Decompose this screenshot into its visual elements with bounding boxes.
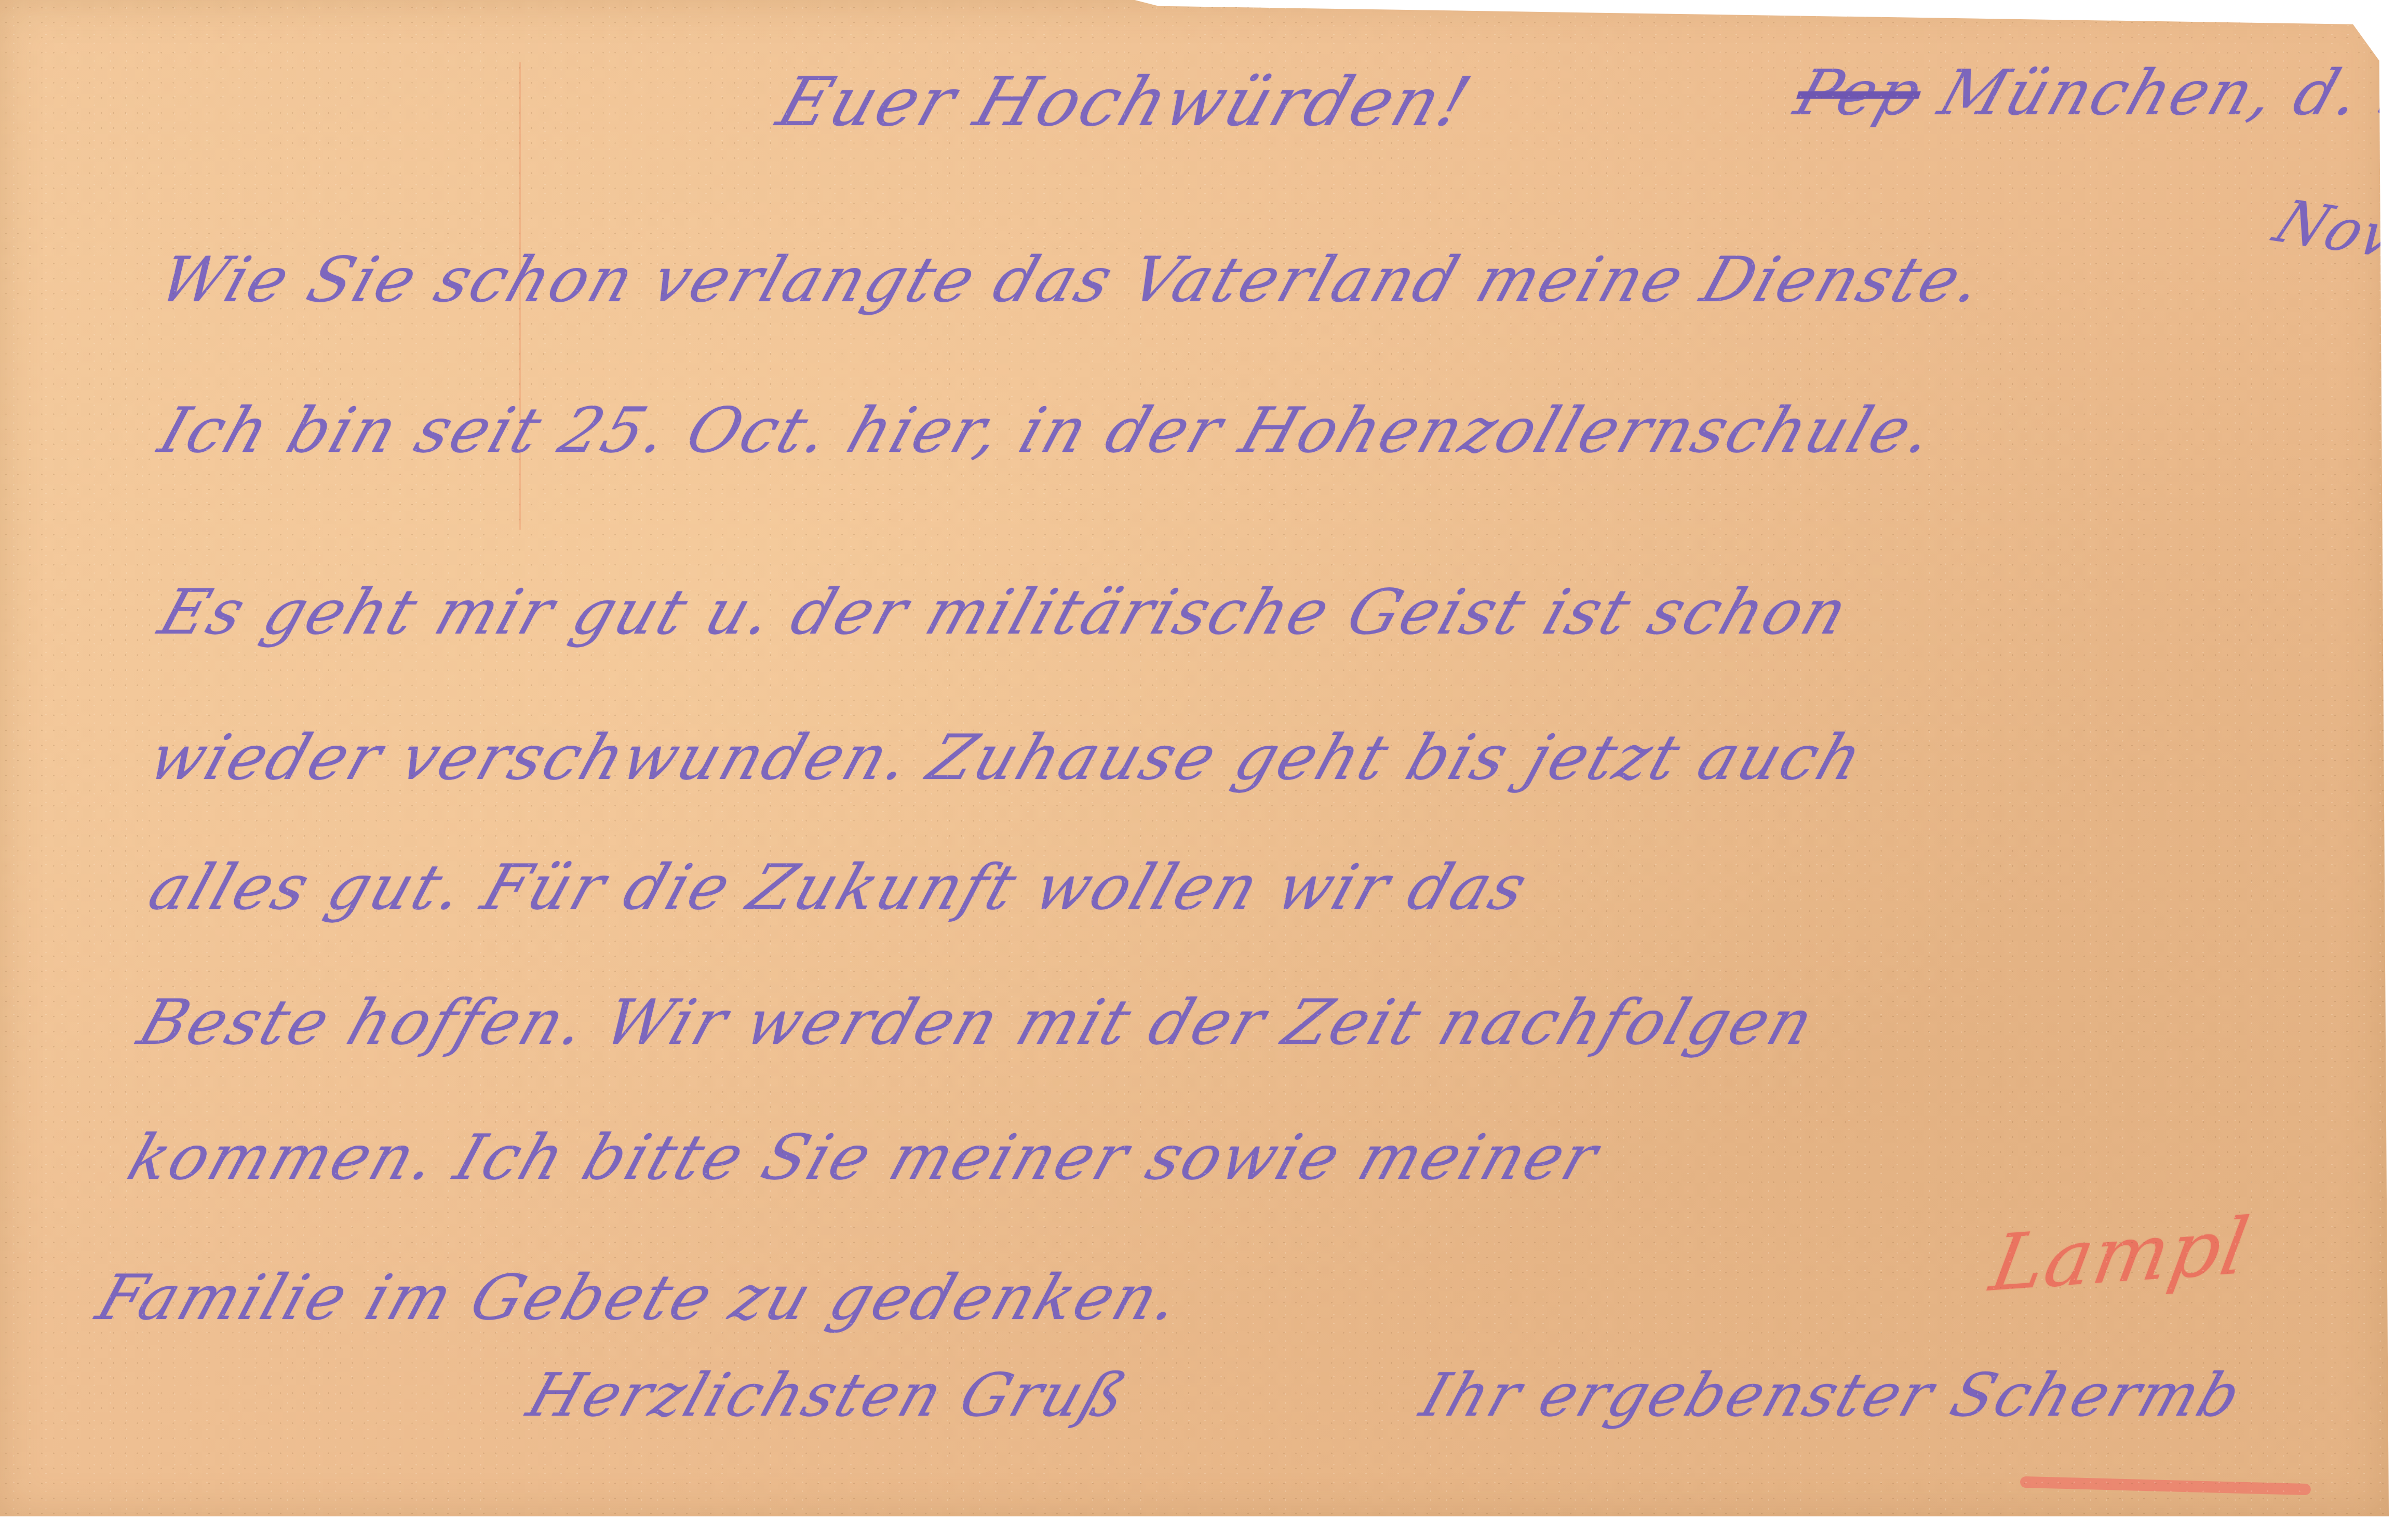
month: Nov. [2264,187,2408,272]
body-line-4: wieder verschwunden. Zuhause geht bis je… [140,722,1873,794]
signature: Ihr ergebenster Schermb [1412,1361,2251,1430]
postcard: Euer Hochwürden! Pep München, d. 5. Nov.… [0,0,2389,1516]
struck-word: Pep [1786,57,1932,129]
body-line-1: Wie Sie schon verlangte das Vaterland me… [151,244,1994,316]
place-date-text: München, d. 5. [1930,57,2408,129]
salutation: Euer Hochwürden! [769,62,1482,141]
body-line-2: Ich bin seit 25. Oct. hier, in der Hohen… [151,395,1944,467]
body-line-6: Beste hoffen. Wir werden mit der Zeit na… [130,987,1824,1059]
body-line-3: Es geht mir gut u. der militärische Geis… [151,576,1858,649]
body-line-7: kommen. Ich bitte Sie meiner sowie meine… [119,1122,1608,1194]
red-underline-mark [2020,1476,2311,1496]
red-pencil-annotation: Lampl [1984,1201,2256,1309]
body-line-5: alles gut. Für die Zukunft wollen wir da… [140,852,1538,924]
place-date: Pep München, d. 5. [1786,57,2408,129]
body-line-8: Familie im Gebete zu gedenken. [88,1262,1191,1334]
closing-greeting: Herzlichsten Gruß [519,1361,1137,1430]
